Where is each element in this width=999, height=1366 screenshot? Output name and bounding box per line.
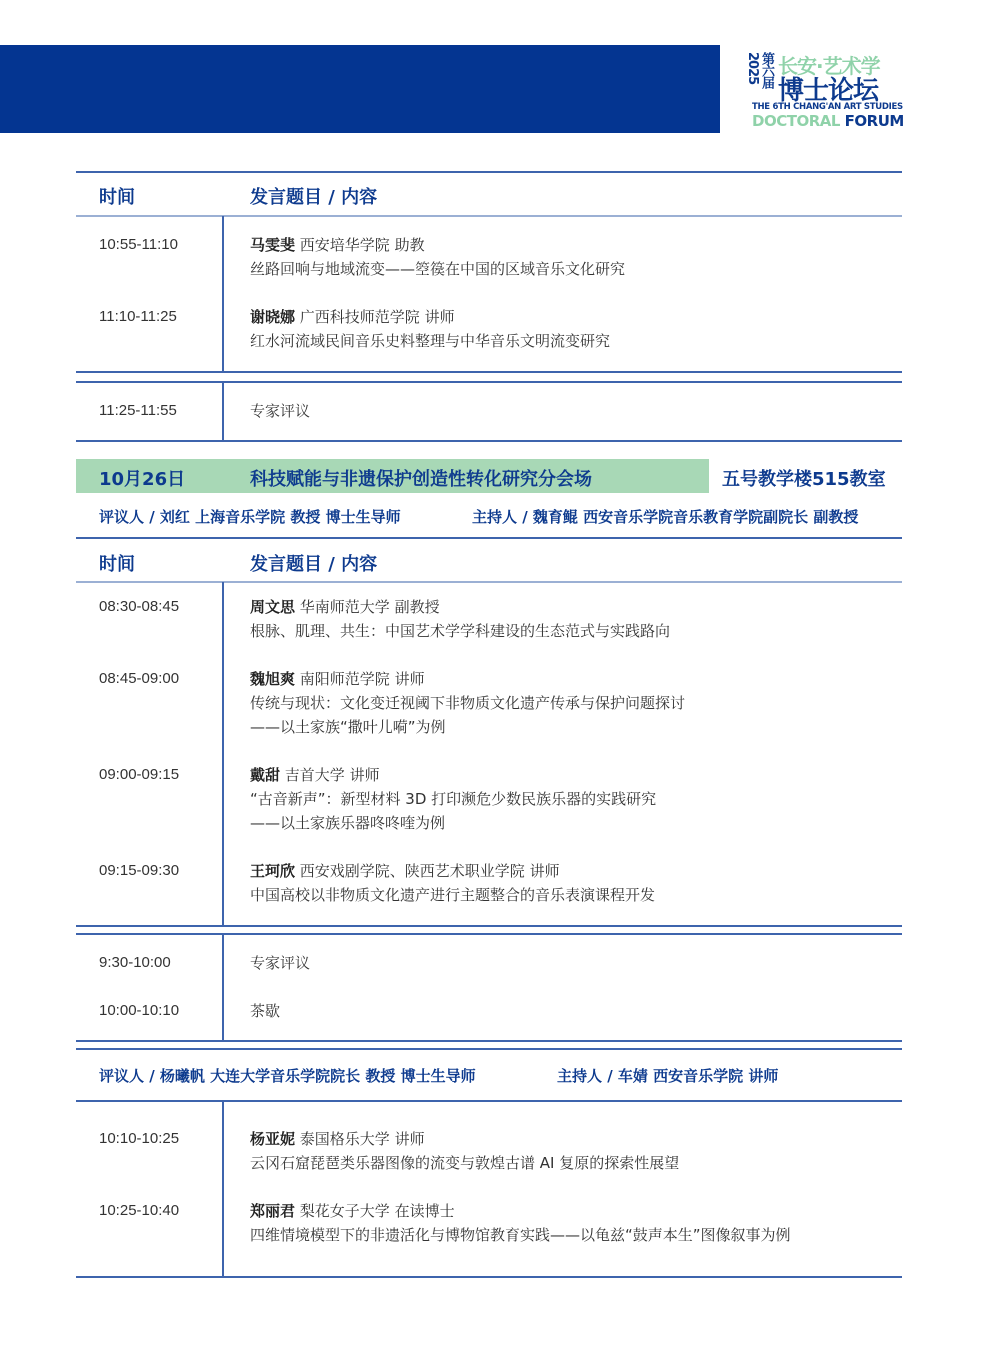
review-label: 专家评议 <box>250 951 310 975</box>
row-time: 08:45-09:00 <box>99 670 179 687</box>
column-divider <box>222 582 224 927</box>
session-reviewer: 评议人 / 刘红 上海音乐学院 教授 博士生导师 <box>99 506 401 527</box>
talk-title: 云冈石窟琵琶类乐器图像的流变与敦煌古谱 AI 复原的探索性展望 <box>250 1151 679 1175</box>
header-divider <box>76 215 902 217</box>
row-rule <box>76 925 902 927</box>
logo-forum: FORUM <box>845 112 904 130</box>
talk-title: 根脉、肌理、共生：中国艺术学学科建设的生态范式与实践路向 <box>250 619 670 643</box>
speaker-affiliation: 吉首大学 讲师 <box>285 766 380 784</box>
speaker-name: 杨亚妮 <box>250 1130 295 1148</box>
table-row: 戴甜 吉首大学 讲师 “古音新声”：新型材料 3D 打印濒危少数民族乐器的实践研… <box>250 763 656 835</box>
talk-title: 丝路回响与地域流变——箜篌在中国的区域音乐文化研究 <box>250 257 625 281</box>
talk-title: 四维情境模型下的非遗活化与博物馆教育实践——以龟兹“鼓声本生”图像叙事为例 <box>250 1223 791 1247</box>
talk-subtitle: ——以土家族“撒叶儿嗬”为例 <box>250 715 685 739</box>
table-row: 周文思 华南师范大学 副教授 根脉、肌理、共生：中国艺术学学科建设的生态范式与实… <box>250 595 670 643</box>
talk-title: 中国高校以非物质文化遗产进行主题整合的音乐表演课程开发 <box>250 883 655 907</box>
logo-edition-vertical: 第六届 2025 <box>751 52 773 108</box>
column-header-topic: 发言题目 / 内容 <box>250 183 377 209</box>
speaker-affiliation: 广西科技师范学院 讲师 <box>300 308 455 326</box>
session-reviewer: 评议人 / 杨曦帆 大连大学音乐学院院长 教授 博士生导师 <box>99 1065 476 1086</box>
header-divider <box>76 581 902 583</box>
session-date: 10月26日 <box>99 465 185 491</box>
speaker-affiliation: 西安培华学院 助教 <box>300 236 425 254</box>
session-title: 科技赋能与非遗保护创造性转化研究分会场 <box>250 465 592 491</box>
row-time: 10:00-10:10 <box>99 1002 179 1019</box>
column-divider <box>222 216 224 373</box>
speaker-affiliation: 西安戏剧学院、陕西艺术职业学院 讲师 <box>300 862 560 880</box>
column-divider <box>222 1101 224 1277</box>
speaker-name: 周文思 <box>250 598 295 616</box>
row-time: 10:25-10:40 <box>99 1202 179 1219</box>
speaker-name: 谢晓娜 <box>250 308 295 326</box>
table-row: 王珂欣 西安戏剧学院、陕西艺术职业学院 讲师 中国高校以非物质文化遗产进行主题整… <box>250 859 655 907</box>
session-host: 主持人 / 车婧 西安音乐学院 讲师 <box>557 1065 778 1086</box>
row-time: 09:15-09:30 <box>99 862 179 879</box>
logo-line-4: DOCTORAL FORUM <box>752 112 904 130</box>
logo-doctoral: DOCTORAL <box>752 112 840 130</box>
row-time: 9:30-10:00 <box>99 954 171 971</box>
row-rule <box>76 440 902 442</box>
talk-subtitle: ——以土家族乐器咚咚喹为例 <box>250 811 656 835</box>
session-room: 五号教学楼515教室 <box>722 465 886 491</box>
speaker-affiliation: 南阳师范学院 讲师 <box>300 670 425 688</box>
row-time: 09:00-09:15 <box>99 766 179 783</box>
talk-title: “古音新声”：新型材料 3D 打印濒危少数民族乐器的实践研究 <box>250 787 656 811</box>
speaker-name: 马雯斐 <box>250 236 295 254</box>
row-time: 10:55-11:10 <box>99 236 178 253</box>
session-host: 主持人 / 魏育鲲 西安音乐学院音乐教育学院副院长 副教授 <box>472 506 858 527</box>
table-row: 谢晓娜 广西科技师范学院 讲师 红水河流域民间音乐史料整理与中华音乐文明流变研究 <box>250 305 610 353</box>
table-row: 杨亚妮 泰国格乐大学 讲师 云冈石窟琵琶类乐器图像的流变与敦煌古谱 AI 复原的… <box>250 1127 679 1175</box>
speaker-affiliation: 梨花女子大学 在读博士 <box>300 1202 455 1220</box>
column-header-time: 时间 <box>99 183 135 209</box>
header-color-bar <box>0 45 720 133</box>
row-time: 10:10-10:25 <box>99 1130 179 1147</box>
logo-line-3: THE 6TH CHANG'AN ART STUDIES <box>752 102 903 112</box>
row-rule <box>76 933 902 935</box>
forum-logo: 第六届 2025 长安·艺术学 博士论坛 THE 6TH CHANG'AN AR… <box>748 48 908 134</box>
break-label: 茶歇 <box>250 999 280 1023</box>
speaker-name: 王珂欣 <box>250 862 295 880</box>
row-rule <box>76 381 902 383</box>
table-row: 郑丽君 梨花女子大学 在读博士 四维情境模型下的非遗活化与博物馆教育实践——以龟… <box>250 1199 791 1247</box>
speaker-affiliation: 华南师范大学 副教授 <box>300 598 440 616</box>
table-row: 魏旭爽 南阳师范学院 讲师 传统与现状：文化变迁视阈下非物质文化遗产传承与保护问… <box>250 667 685 739</box>
speaker-name: 魏旭爽 <box>250 670 295 688</box>
table-top-rule <box>76 537 902 539</box>
table-top-rule <box>76 1100 902 1102</box>
table-row: 马雯斐 西安培华学院 助教 丝路回响与地域流变——箜篌在中国的区域音乐文化研究 <box>250 233 625 281</box>
speaker-affiliation: 泰国格乐大学 讲师 <box>300 1130 425 1148</box>
column-header-time: 时间 <box>99 550 135 576</box>
table-bottom-rule <box>76 1276 902 1278</box>
speaker-name: 戴甜 <box>250 766 280 784</box>
speaker-name: 郑丽君 <box>250 1202 295 1220</box>
row-rule <box>76 371 902 373</box>
talk-title: 红水河流域民间音乐史料整理与中华音乐文明流变研究 <box>250 329 610 353</box>
review-label: 专家评议 <box>250 399 310 423</box>
column-header-topic: 发言题目 / 内容 <box>250 550 377 576</box>
table-top-rule <box>76 171 902 173</box>
column-divider <box>222 934 224 1042</box>
row-time: 11:25-11:55 <box>99 402 177 419</box>
row-time: 08:30-08:45 <box>99 598 179 615</box>
talk-title: 传统与现状：文化变迁视阈下非物质文化遗产传承与保护问题探讨 <box>250 691 685 715</box>
row-rule <box>76 1040 902 1042</box>
row-time: 11:10-11:25 <box>99 308 177 325</box>
row-rule <box>76 1048 902 1050</box>
column-divider <box>222 382 224 442</box>
